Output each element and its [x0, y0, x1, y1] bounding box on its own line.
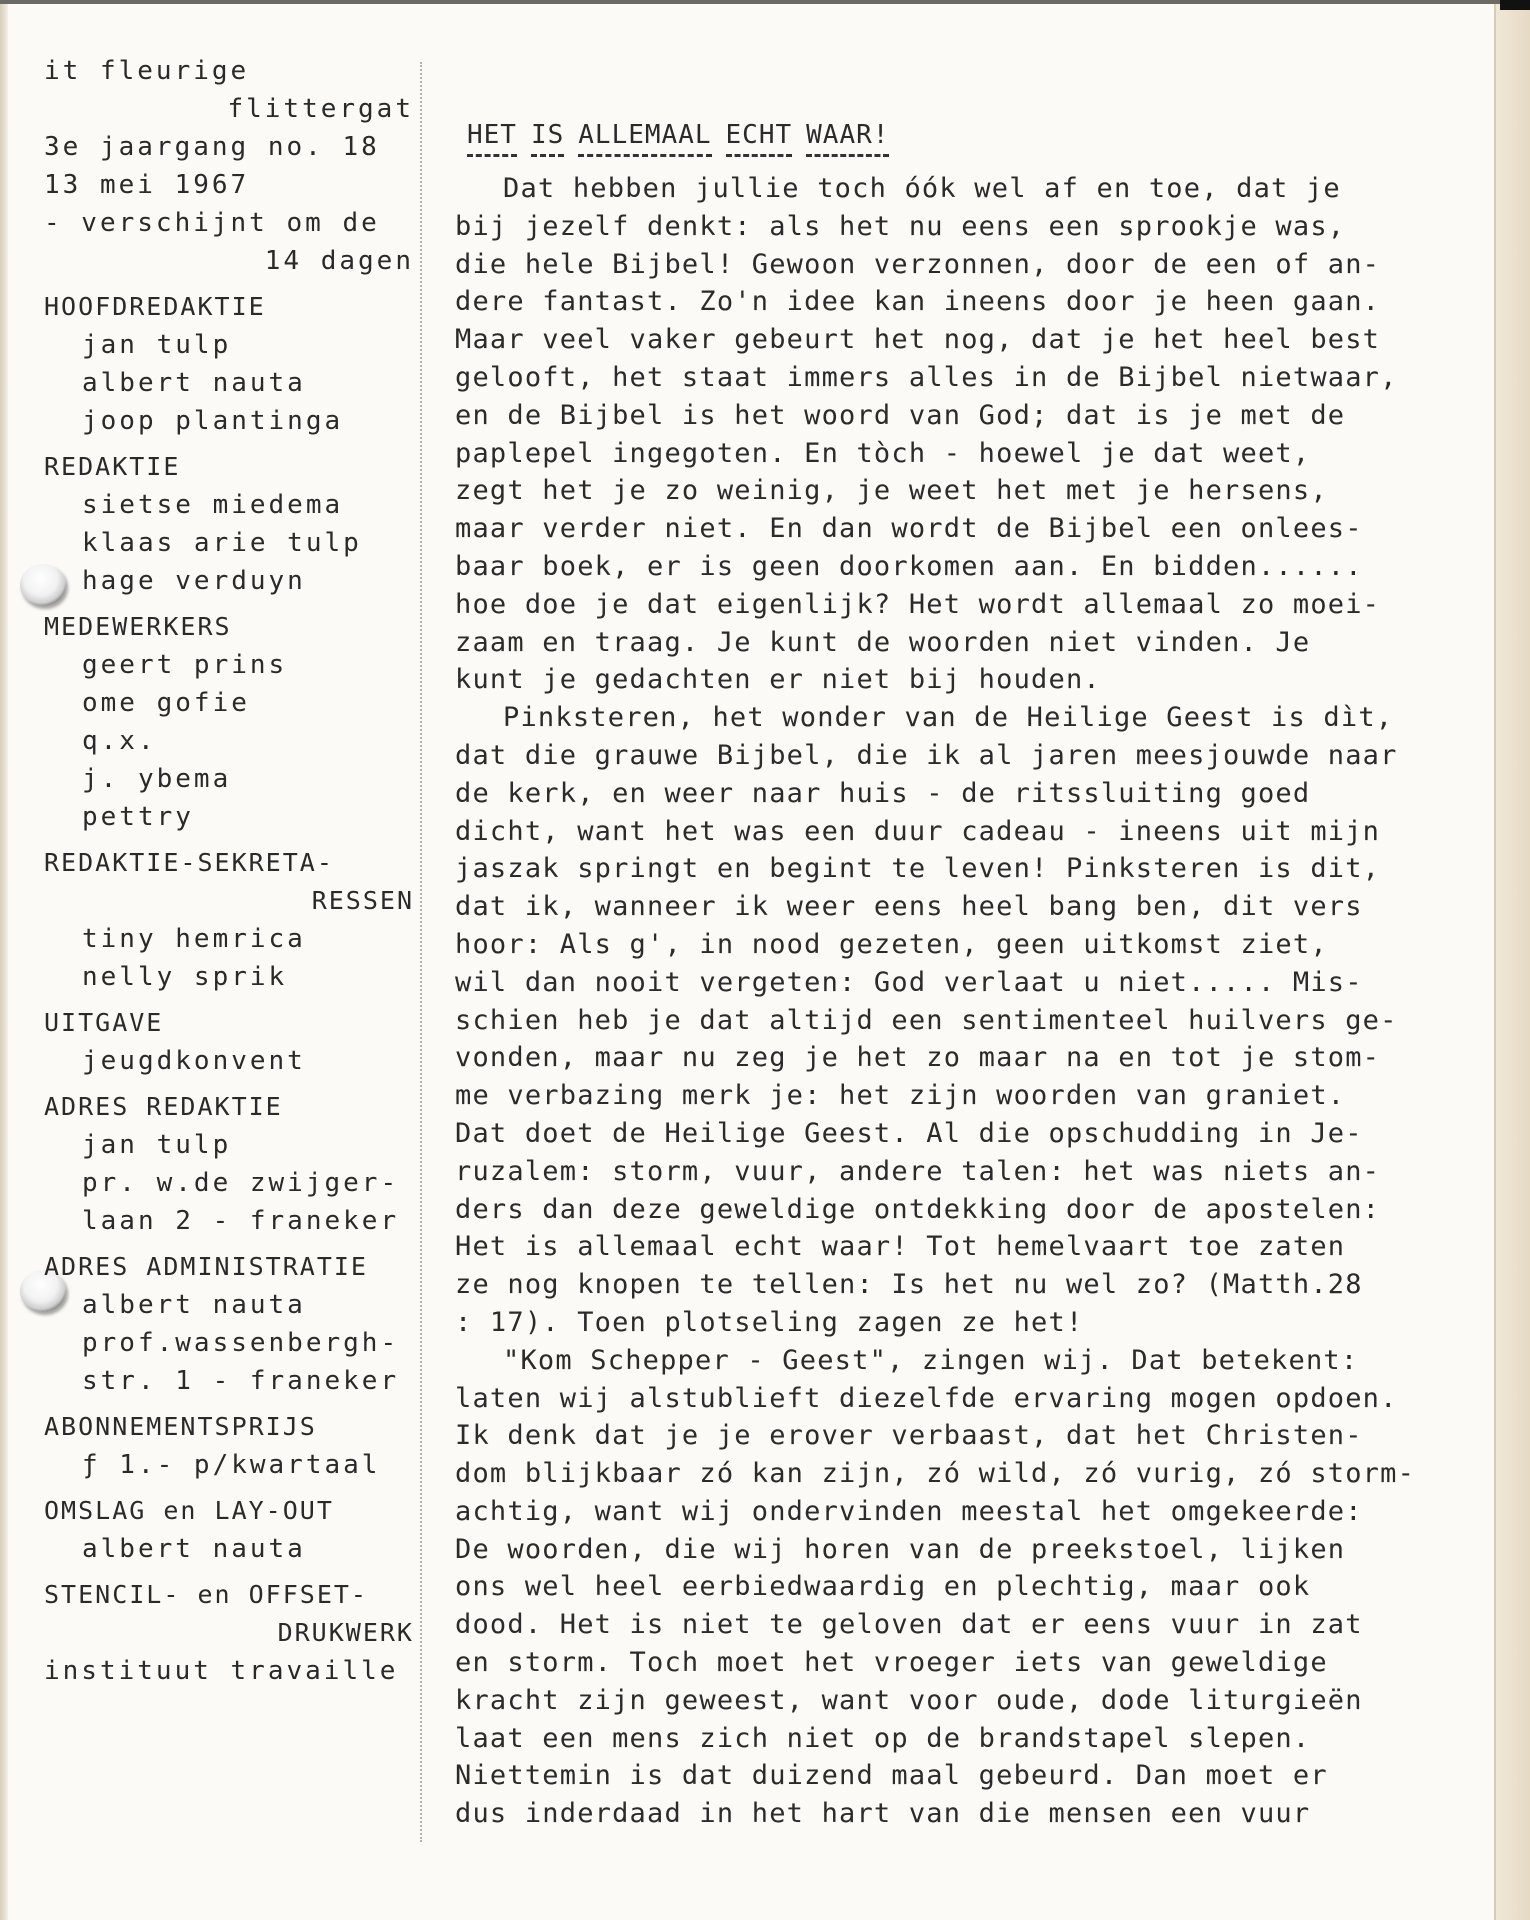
article-line: zegt het je zo weinig, je weet het met j…	[455, 472, 1455, 510]
subscription-price: ƒ 1.- p/kwartaal	[44, 1446, 414, 1484]
staff-name: tiny hemrica	[44, 920, 414, 958]
staff-name: nelly sprik	[44, 958, 414, 996]
staff-name: sietse miedema	[44, 486, 414, 524]
section-drukwerk: STENCIL- en OFFSET- DRUKWERK instituut t…	[44, 1576, 414, 1690]
article-line: gelooft, het staat immers alles in de Bi…	[455, 359, 1455, 397]
article-line: me verbazing merk je: het zijn woorden v…	[455, 1077, 1455, 1115]
section-adres-administratie: ADRES ADMINISTRATIE albert nauta prof.wa…	[44, 1248, 414, 1400]
article-title: HETISALLEMAALECHTWAAR!	[467, 118, 1455, 170]
staff-name: klaas arie tulp	[44, 524, 414, 562]
frequency-cont: 14 dagen	[44, 242, 414, 280]
staff-name: q.x.	[44, 722, 414, 760]
article-line: achtig, want wij ondervinden meestal het…	[455, 1493, 1455, 1531]
publication-title-cont: flittergat	[44, 90, 414, 128]
staff-name: hage verduyn	[44, 562, 414, 600]
page-top-edge	[0, 0, 1530, 4]
article-line: vonden, maar nu zeg je het zo maar na en…	[455, 1039, 1455, 1077]
article-line: Ik denk dat je je erover verbaast, dat h…	[455, 1417, 1455, 1455]
article-line: maar verder niet. En dan wordt de Bijbel…	[455, 510, 1455, 548]
section-omslag: OMSLAG en LAY-OUT albert nauta	[44, 1492, 414, 1568]
section-redaktie: REDAKTIE sietse miedema klaas arie tulp …	[44, 448, 414, 600]
section-heading-cont: DRUKWERK	[44, 1614, 414, 1652]
section-heading: UITGAVE	[44, 1004, 414, 1042]
section-heading: STENCIL- en OFFSET-	[44, 1576, 414, 1614]
article-line: wil dan nooit vergeten: God verlaat u ni…	[455, 964, 1455, 1002]
article: HETISALLEMAALECHTWAAR! Dat hebben jullie…	[455, 118, 1455, 1833]
issue-number: 3e jaargang no. 18	[44, 128, 414, 166]
address-line: albert nauta	[44, 1286, 414, 1324]
section-adres-redaktie: ADRES REDAKTIE jan tulp pr. w.de zwijger…	[44, 1088, 414, 1240]
frequency: - verschijnt om de	[44, 204, 414, 242]
article-line: dus inderdaad in het hart van die mensen…	[455, 1795, 1455, 1833]
article-line: dom blijkbaar zó kan zijn, zó wild, zó v…	[455, 1455, 1455, 1493]
article-line: ders dan deze geweldige ontdekking door …	[455, 1191, 1455, 1229]
section-sekretaressen: REDAKTIE-SEKRETA- RESSEN tiny hemrica ne…	[44, 844, 414, 996]
section-medewerkers: MEDEWERKERS geert prins ome gofie q.x. j…	[44, 608, 414, 836]
article-line: Maar veel vaker gebeurt het nog, dat je …	[455, 321, 1455, 359]
printer-name: instituut travaille	[44, 1652, 414, 1690]
article-line: laat een mens zich niet op de brandstape…	[455, 1720, 1455, 1758]
article-line: laten wij alstublieft diezelfde ervaring…	[455, 1380, 1455, 1418]
article-line: Pinksteren, het wonder van de Heilige Ge…	[455, 699, 1455, 737]
section-heading: MEDEWERKERS	[44, 608, 414, 646]
address-line: laan 2 - franeker	[44, 1202, 414, 1240]
staff-name: ome gofie	[44, 684, 414, 722]
article-line: en storm. Toch moet het vroeger iets van…	[455, 1644, 1455, 1682]
article-line: Dat hebben jullie toch óók wel af en toe…	[455, 170, 1455, 208]
page-binding-edge	[0, 0, 8, 1920]
section-heading: ADRES ADMINISTRATIE	[44, 1248, 414, 1286]
article-line: ons wel heel eerbiedwaardig en plechtig,…	[455, 1568, 1455, 1606]
article-line: dicht, want het was een duur cadeau - in…	[455, 813, 1455, 851]
page-stack-edge	[1494, 0, 1530, 1920]
section-heading: REDAKTIE	[44, 448, 414, 486]
section-heading: ADRES REDAKTIE	[44, 1088, 414, 1126]
article-line: baar boek, er is geen doorkomen aan. En …	[455, 548, 1455, 586]
address-line: prof.wassenbergh-	[44, 1324, 414, 1362]
title-word: ECHT	[726, 118, 793, 157]
publisher-name: jeugdkonvent	[44, 1042, 414, 1080]
article-line: De woorden, die wij horen van de preekst…	[455, 1531, 1455, 1569]
article-line: dat die grauwe Bijbel, die ik al jaren m…	[455, 737, 1455, 775]
article-line: schien heb je dat altijd een sentimentee…	[455, 1002, 1455, 1040]
article-line: en de Bijbel is het woord van God; dat i…	[455, 397, 1455, 435]
section-uitgave: UITGAVE jeugdkonvent	[44, 1004, 414, 1080]
article-line: Niettemin is dat duizend maal gebeurd. D…	[455, 1757, 1455, 1795]
article-line: kunt je gedachten er niet bij houden.	[455, 661, 1455, 699]
title-word: IS	[531, 118, 564, 157]
article-line: dood. Het is niet te geloven dat er eens…	[455, 1606, 1455, 1644]
article-line: ruzalem: storm, vuur, andere talen: het …	[455, 1153, 1455, 1191]
section-heading-cont: RESSEN	[44, 882, 414, 920]
title-word: ALLEMAAL	[578, 118, 711, 157]
article-line: paplepel ingegoten. En tòch - hoewel je …	[455, 435, 1455, 473]
article-line: Dat doet de Heilige Geest. Al die opschu…	[455, 1115, 1455, 1153]
staff-name: albert nauta	[44, 364, 414, 402]
address-line: pr. w.de zwijger-	[44, 1164, 414, 1202]
article-line: die hele Bijbel! Gewoon verzonnen, door …	[455, 246, 1455, 284]
article-line: "Kom Schepper - Geest", zingen wij. Dat …	[455, 1342, 1455, 1380]
staff-name: jan tulp	[44, 326, 414, 364]
article-line: kracht zijn geweest, want voor oude, dod…	[455, 1682, 1455, 1720]
staff-name: joop plantinga	[44, 402, 414, 440]
title-word: WAAR!	[806, 118, 889, 157]
issue-date: 13 mei 1967	[44, 166, 414, 204]
title-word: HET	[467, 118, 517, 157]
article-line: : 17). Toen plotseling zagen ze het!	[455, 1304, 1455, 1342]
staff-name: pettry	[44, 798, 414, 836]
article-line: jaszak springt en begint te leven! Pinks…	[455, 850, 1455, 888]
staff-name: j. ybema	[44, 760, 414, 798]
article-line: zaam en traag. Je kunt de woorden niet v…	[455, 624, 1455, 662]
column-divider	[420, 62, 422, 1842]
section-heading: OMSLAG en LAY-OUT	[44, 1492, 414, 1530]
section-heading: HOOFDREDAKTIE	[44, 288, 414, 326]
staff-name: geert prins	[44, 646, 414, 684]
publication-title: it fleurige	[44, 52, 414, 90]
article-line: de kerk, en weer naar huis - de ritsslui…	[455, 775, 1455, 813]
section-heading: ABONNEMENTSPRIJS	[44, 1408, 414, 1446]
section-hoofdredaktie: HOOFDREDAKTIE jan tulp albert nauta joop…	[44, 288, 414, 440]
page-corner-shadow	[1500, 0, 1530, 10]
article-line: ze nog knopen te tellen: Is het nu wel z…	[455, 1266, 1455, 1304]
article-line: hoor: Als g', in nood gezeten, geen uitk…	[455, 926, 1455, 964]
staff-name: albert nauta	[44, 1530, 414, 1568]
article-line: bij jezelf denkt: als het nu eens een sp…	[455, 208, 1455, 246]
colophon: it fleurige flittergat 3e jaargang no. 1…	[44, 52, 414, 1696]
article-body: Dat hebben jullie toch óók wel af en toe…	[455, 170, 1455, 1833]
article-line: dere fantast. Zo'n idee kan ineens door …	[455, 283, 1455, 321]
section-heading: REDAKTIE-SEKRETA-	[44, 844, 414, 882]
article-line: Het is allemaal echt waar! Tot hemelvaar…	[455, 1228, 1455, 1266]
address-line: jan tulp	[44, 1126, 414, 1164]
address-line: str. 1 - franeker	[44, 1362, 414, 1400]
section-abonnementsprijs: ABONNEMENTSPRIJS ƒ 1.- p/kwartaal	[44, 1408, 414, 1484]
article-line: hoe doe je dat eigenlijk? Het wordt alle…	[455, 586, 1455, 624]
article-line: dat ik, wanneer ik weer eens heel bang b…	[455, 888, 1455, 926]
